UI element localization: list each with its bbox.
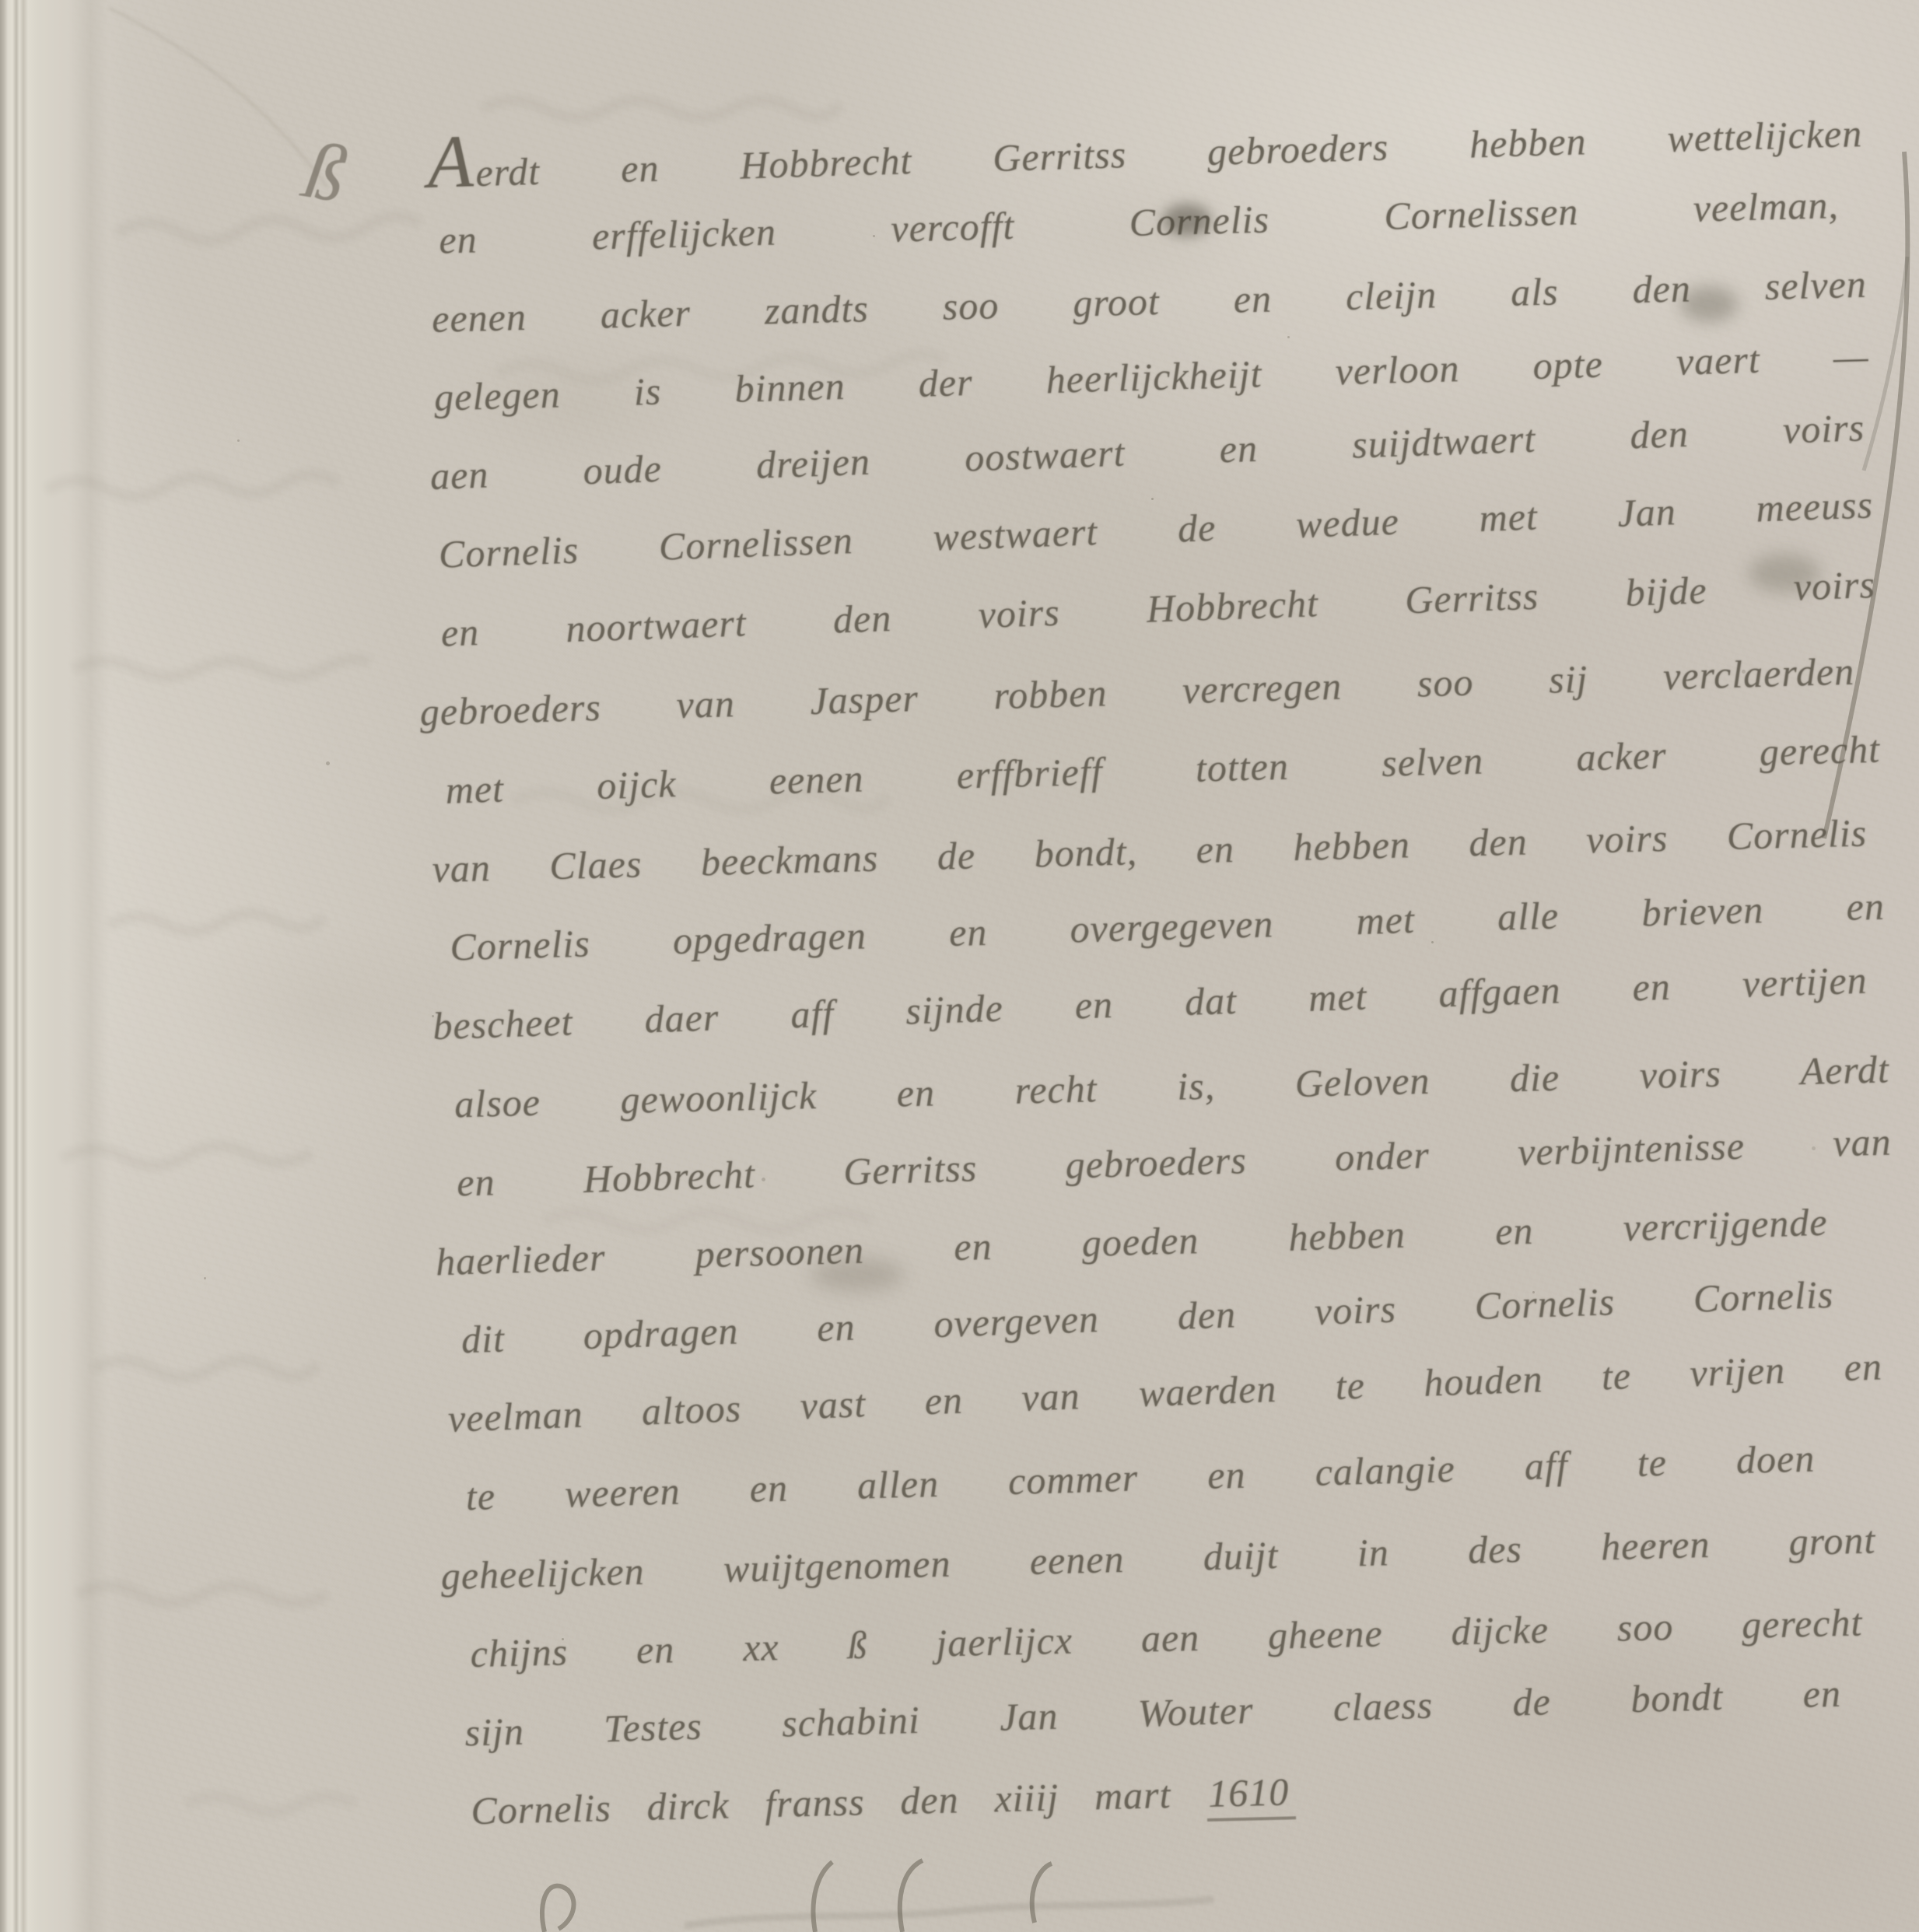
paper-specks — [0, 0, 2, 2]
corner-crease — [109, 8, 327, 187]
manuscript-page: ß Aerdt en Hobbrecht Gerritss gebroeders… — [0, 0, 1919, 1932]
underlined-year: 1610 — [1206, 1769, 1296, 1822]
gutter-crease-shadow — [68, 0, 109, 1932]
margin-entry-mark: ß — [298, 124, 352, 222]
manuscript-text-block: Aerdt en Hobbrecht Gerritss gebroeders h… — [426, 80, 1919, 1850]
dateline-text: Cornelis dirck franss den xiiij mart — [471, 1773, 1171, 1832]
next-entry-partial-strokes — [542, 1860, 1213, 1932]
scanned-manuscript-screenshot: { "document": { "margin_mark": "ß", "lin… — [0, 0, 1919, 1932]
